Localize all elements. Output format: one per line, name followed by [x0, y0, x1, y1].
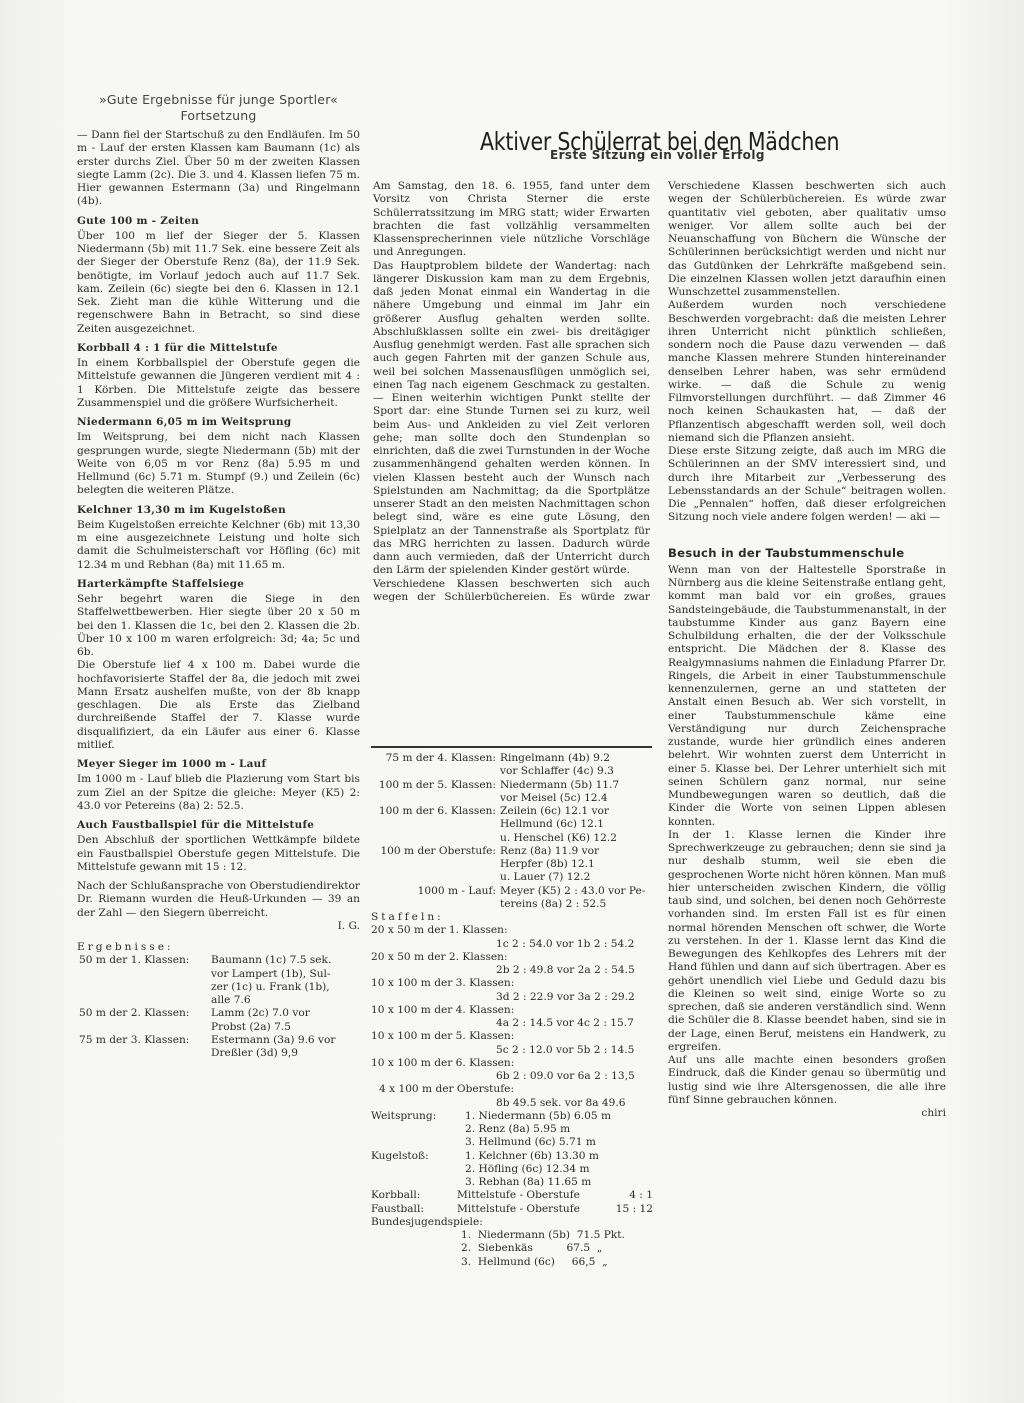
- game-teams: Mittelstufe - Oberstufe: [457, 1203, 609, 1216]
- result-line: vor Meisel (5c) 12.4: [500, 792, 653, 805]
- result-line: u. Lauer (7) 12.2: [500, 871, 653, 884]
- relay-label: 20 x 50 m der 2. Klassen:: [371, 951, 653, 964]
- result-row: 50 m der 2. Klassen: Lamm (2c) 7.0 vor P…: [77, 1007, 360, 1034]
- section-heading: Niedermann 6,05 m im Weitsprung: [77, 416, 360, 429]
- result-line: Renz (8a) 11.9 vor: [500, 845, 653, 858]
- result-label: 75 m der 3. Klassen:: [77, 1034, 211, 1061]
- bundesjugendspiele-heading: Bundesjugendspiele:: [371, 1216, 653, 1229]
- game-score: 15 : 12: [609, 1203, 653, 1216]
- result-label: 1000 m - Lauf:: [371, 885, 500, 912]
- relay-result: 8b 49.5 sek. vor 8a 49.6: [371, 1097, 653, 1110]
- result-row: 50 m der 1. Klassen: Baumann (1c) 7.5 se…: [77, 954, 360, 1007]
- result-line: vor Schlaffer (4c) 9.3: [500, 765, 653, 778]
- game-score: 4 : 1: [609, 1189, 653, 1202]
- game-label: Faustball:: [371, 1203, 457, 1216]
- result-row: 75 m der 3. Klassen: Estermann (3a) 9.6 …: [77, 1034, 360, 1061]
- result-line: u. Henschel (K6) 12.2: [500, 832, 653, 845]
- result-line: Lamm (2c) 7.0 vor: [211, 1007, 360, 1020]
- relay-result: 3d 2 : 22.9 vor 3a 2 : 29.2: [371, 991, 653, 1004]
- result-label: 50 m der 2. Klassen:: [77, 1007, 211, 1034]
- article-paragraph: Diese erste Sitzung zeigte, daß auch im …: [668, 445, 946, 525]
- section-heading: Auch Faustballspiel für die Mittelstufe: [77, 819, 360, 832]
- article-paragraph: Außerdem wurden noch verschiedene Beschw…: [668, 299, 946, 445]
- result-line: Hellmund (6c) 12.1: [500, 818, 653, 831]
- result-line: vor Lampert (1b), Sul-: [211, 968, 360, 981]
- result-label: 75 m der 4. Klassen:: [371, 752, 500, 779]
- section-heading: Kelchner 13,30 m im Kugelstoßen: [77, 504, 360, 517]
- article-paragraph-continued: Verschiedene Klassen beschwerten sich au…: [668, 180, 946, 299]
- section-paragraph: Über 100 m lief der Sieger der 5. Klasse…: [77, 230, 360, 336]
- relays-heading: Staffeln:: [371, 911, 653, 924]
- relay-entry: 20 x 50 m der 1. Klassen:1c 2 : 54.0 vor…: [371, 924, 653, 951]
- field-result-line: 2. Höfling (6c) 12.34 m: [465, 1163, 653, 1176]
- main-article-column-1: Am Samstag, den 18. 6. 1955, fand unter …: [373, 180, 650, 604]
- section-heading: Meyer Sieger im 1000 m - Lauf: [77, 758, 360, 771]
- result-row: 100 m der Oberstufe: Renz (8a) 11.9 vorH…: [371, 845, 653, 885]
- relay-result: 2b 2 : 49.8 vor 2a 2 : 54.5: [371, 964, 653, 977]
- field-event-label: Weitsprung:: [371, 1110, 465, 1150]
- author-signature: I. G.: [338, 920, 360, 933]
- section-heading: Korbball 4 : 1 für die Mittelstufe: [77, 342, 360, 355]
- section-paragraph: Im Weitsprung, bei dem nicht nach Klasse…: [77, 431, 360, 497]
- section-paragraph: Sehr begehrt waren die Siege in den Staf…: [77, 593, 360, 659]
- section-heading: Gute 100 m - Zeiten: [77, 215, 360, 228]
- relay-label: 10 x 100 m der 6. Klassen:: [371, 1057, 653, 1070]
- result-line: Estermann (3a) 9.6 vor: [211, 1034, 360, 1047]
- field-event-row: Kugelstoß: 1. Kelchner (6b) 13.30 m2. Hö…: [371, 1150, 653, 1190]
- relay-entry: 4 x 100 m der Oberstufe:8b 49.5 sek. vor…: [371, 1083, 653, 1110]
- result-row: 1000 m - Lauf: Meyer (K5) 2 : 43.0 vor P…: [371, 885, 653, 912]
- divider-rule: [371, 746, 652, 748]
- relay-label: 10 x 100 m der 4. Klassen:: [371, 1004, 653, 1017]
- field-result-line: 2. Renz (8a) 5.95 m: [465, 1123, 653, 1136]
- relay-entry: 20 x 50 m der 2. Klassen:2b 2 : 49.8 vor…: [371, 951, 653, 978]
- result-row: 75 m der 4. Klassen: Ringelmann (4b) 9.2…: [371, 752, 653, 779]
- results-table: 75 m der 4. Klassen: Ringelmann (4b) 9.2…: [371, 752, 653, 1269]
- relay-result: 4a 2 : 14.5 vor 4c 2 : 15.7: [371, 1017, 653, 1030]
- kicker-title: »Gute Ergebnisse für junge Sportler«: [77, 92, 360, 108]
- relay-result: 6b 2 : 09.0 vor 6a 2 : 13,5: [371, 1070, 653, 1083]
- result-line: Niedermann (5b) 11.7: [500, 779, 653, 792]
- field-result-line: 3. Hellmund (6c) 5.71 m: [465, 1136, 653, 1149]
- relay-result: 5c 2 : 12.0 vor 5b 2 : 14.5: [371, 1044, 653, 1057]
- relay-label: 4 x 100 m der Oberstufe:: [371, 1083, 653, 1096]
- field-result-line: 1. Kelchner (6b) 13.30 m: [465, 1150, 653, 1163]
- result-line: tereins (8a) 2 : 52.5: [500, 898, 653, 911]
- relay-entry: 10 x 100 m der 3. Klassen:3d 2 : 22.9 vo…: [371, 977, 653, 1004]
- relay-result: 1c 2 : 54.0 vor 1b 2 : 54.2: [371, 938, 653, 951]
- result-line: Zeilein (6c) 12.1 vor: [500, 805, 653, 818]
- game-row: Faustball: Mittelstufe - Oberstufe 15 : …: [371, 1203, 653, 1216]
- article-paragraph: Verschiedene Klassen beschwerten sich au…: [373, 578, 650, 604]
- result-line: Dreßler (3d) 9,9: [211, 1047, 360, 1060]
- result-label: 100 m der Oberstufe:: [371, 845, 500, 885]
- bundes-result: 2. Siebenkäs 67.5 „: [371, 1242, 653, 1255]
- field-event-row: Weitsprung: 1. Niedermann (5b) 6.05 m2. …: [371, 1110, 653, 1150]
- intro-paragraph: — Dann fiel der Startschuß zu den Endläu…: [77, 129, 360, 209]
- result-line: Herpfer (8b) 12.1: [500, 858, 653, 871]
- article-paragraph: Das Hauptproblem bildete der Wandertag: …: [373, 260, 650, 578]
- signature-row: I. G.: [77, 920, 360, 933]
- relay-label: 10 x 100 m der 5. Klassen:: [371, 1030, 653, 1043]
- section-paragraph: Den Abschluß der sportlichen Wettkämpfe …: [77, 834, 360, 874]
- game-teams: Mittelstufe - Oberstufe: [457, 1189, 609, 1202]
- result-row: 100 m der 5. Klassen: Niedermann (5b) 11…: [371, 779, 653, 806]
- section-heading: Harterkämpfte Staffelsiege: [77, 578, 360, 591]
- relay-label: 20 x 50 m der 1. Klassen:: [371, 924, 653, 937]
- result-row: 100 m der 6. Klassen: Zeilein (6c) 12.1 …: [371, 805, 653, 845]
- section-paragraph: Im 1000 m - Lauf blieb die Plazierung vo…: [77, 773, 360, 813]
- side-article-paragraph: In der 1. Klasse lernen die Kinder ihre …: [668, 829, 946, 1054]
- result-line: alle 7.6: [211, 994, 360, 1007]
- result-line: Baumann (1c) 7.5 sek.: [211, 954, 360, 967]
- section-paragraph: Die Oberstufe lief 4 x 100 m. Dabei wurd…: [77, 659, 360, 752]
- results-list: Ergebnisse: 50 m der 1. Klassen: Baumann…: [77, 941, 360, 1060]
- field-result-line: 3. Rebhan (8a) 11.65 m: [465, 1176, 653, 1189]
- newspaper-page: »Gute Ergebnisse für junge Sportler« For…: [0, 0, 1024, 1403]
- relay-entry: 10 x 100 m der 4. Klassen:4a 2 : 14.5 vo…: [371, 1004, 653, 1031]
- result-label: 50 m der 1. Klassen:: [77, 954, 211, 1007]
- bundes-result: 1. Niedermann (5b) 71.5 Pkt.: [371, 1229, 653, 1242]
- section-paragraph: In einem Korbballspiel der Oberstufe geg…: [77, 357, 360, 410]
- result-label: 100 m der 5. Klassen:: [371, 779, 500, 806]
- result-line: Probst (2a) 7.5: [211, 1021, 360, 1034]
- relay-entry: 10 x 100 m der 5. Klassen:5c 2 : 12.0 vo…: [371, 1030, 653, 1057]
- signature-row: chiri: [668, 1107, 946, 1120]
- results-heading: Ergebnisse:: [77, 941, 360, 954]
- field-result-line: 1. Niedermann (5b) 6.05 m: [465, 1110, 653, 1123]
- continuation-kicker: »Gute Ergebnisse für junge Sportler« For…: [77, 92, 360, 123]
- relay-label: 10 x 100 m der 3. Klassen:: [371, 977, 653, 990]
- side-article-heading: Besuch in der Taubstummenschule: [668, 547, 946, 560]
- main-article-column-2: Verschiedene Klassen beschwerten sich au…: [668, 180, 946, 1120]
- section-paragraph: Beim Kugelstoßen erreichte Kelchner (6b)…: [77, 519, 360, 572]
- side-article-paragraph: Wenn man von der Haltestelle Sporstraße …: [668, 564, 946, 829]
- result-line: Ringelmann (4b) 9.2: [500, 752, 653, 765]
- kicker-fortsetzung: Fortsetzung: [77, 108, 360, 124]
- result-label: 100 m der 6. Klassen:: [371, 805, 500, 845]
- result-line: Meyer (K5) 2 : 43.0 vor Pe-: [500, 885, 653, 898]
- result-line: zer (1c) u. Frank (1b),: [211, 981, 360, 994]
- subheadline: Erste Sitzung ein voller Erfolg: [550, 148, 810, 162]
- article-paragraph: Am Samstag, den 18. 6. 1955, fand unter …: [373, 180, 650, 260]
- side-article-paragraph: Auf uns alle machte einen besonders groß…: [668, 1054, 946, 1107]
- game-label: Korbball:: [371, 1189, 457, 1202]
- author-signature: chiri: [921, 1107, 946, 1120]
- field-event-label: Kugelstoß:: [371, 1150, 465, 1190]
- bundes-result: 3. Hellmund (6c) 66,5 „: [371, 1256, 653, 1269]
- section-paragraph: Nach der Schlußansprache von Oberstudien…: [77, 880, 360, 920]
- sports-article-continuation: »Gute Ergebnisse für junge Sportler« For…: [77, 92, 360, 1060]
- game-row: Korbball: Mittelstufe - Oberstufe 4 : 1: [371, 1189, 653, 1202]
- relay-entry: 10 x 100 m der 6. Klassen:6b 2 : 09.0 vo…: [371, 1057, 653, 1084]
